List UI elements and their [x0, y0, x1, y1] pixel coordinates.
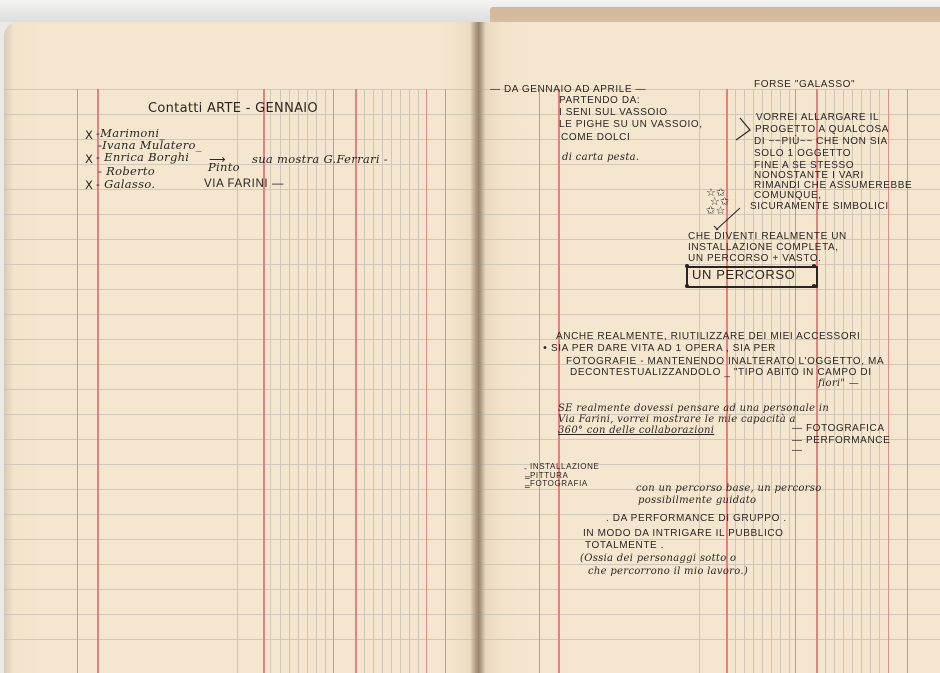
left-page: Contatti ARTE - GENNAIO X -Marimoni_ -Iv…	[4, 22, 478, 673]
ruled-line	[4, 264, 478, 265]
column-rule	[445, 89, 446, 673]
column-rule	[373, 89, 374, 673]
column-rule	[237, 89, 238, 673]
column-rule	[400, 89, 401, 673]
ruled-line	[4, 489, 478, 490]
contact-name: - Roberto	[98, 166, 155, 178]
column-rule	[418, 89, 419, 673]
ruled-line	[4, 389, 478, 390]
ruled-line	[4, 614, 478, 615]
column-rule	[355, 89, 357, 673]
ruled-line	[4, 214, 478, 215]
ruled-line	[4, 314, 478, 315]
ruled-line	[4, 464, 478, 465]
ruled-line	[4, 289, 478, 290]
contact-name: - Galasso.	[96, 179, 155, 191]
ruled-line	[4, 414, 478, 415]
margin-rule	[77, 89, 78, 673]
ruled-line	[4, 539, 478, 540]
column-rule	[382, 89, 383, 673]
ruled-line	[4, 89, 478, 90]
column-rule	[391, 89, 392, 673]
contact-name: - Enrica Borghi	[96, 152, 189, 164]
column-rule	[263, 89, 265, 673]
ruled-line	[4, 589, 478, 590]
contact-note: sua mostra G.Ferrari -	[252, 154, 388, 166]
right-page: — DA GENNAIO AD APRILE — FORSE "GALASSO"…	[478, 22, 940, 673]
ruled-line	[4, 439, 478, 440]
ruled-line	[4, 364, 478, 365]
ruled-line	[4, 239, 478, 240]
column-rule	[280, 89, 281, 673]
column-rule	[409, 89, 410, 673]
contacts-title: Contatti ARTE - GENNAIO	[148, 102, 318, 115]
ink-strokes	[478, 22, 940, 673]
column-rule	[426, 89, 427, 673]
ruled-line	[4, 339, 478, 340]
column-rule	[364, 89, 365, 673]
ruled-line	[4, 139, 478, 140]
ruled-line	[4, 564, 478, 565]
ruled-line	[4, 639, 478, 640]
ruled-line	[4, 164, 478, 165]
contact-mark: X	[85, 180, 93, 192]
column-rule	[270, 89, 271, 673]
column-rule	[307, 89, 308, 673]
column-rule	[289, 89, 290, 673]
column-rule	[333, 89, 334, 673]
contact-mark: X	[85, 130, 93, 142]
contact-note: VIA FARINI —	[204, 179, 284, 191]
column-rule	[325, 89, 326, 673]
column-rule	[316, 89, 317, 673]
notebook-gutter	[470, 22, 486, 673]
ruled-line	[4, 514, 478, 515]
contact-mark: X	[85, 154, 93, 166]
contact-name-extra: Pinto	[208, 162, 240, 174]
column-rule	[298, 89, 299, 673]
